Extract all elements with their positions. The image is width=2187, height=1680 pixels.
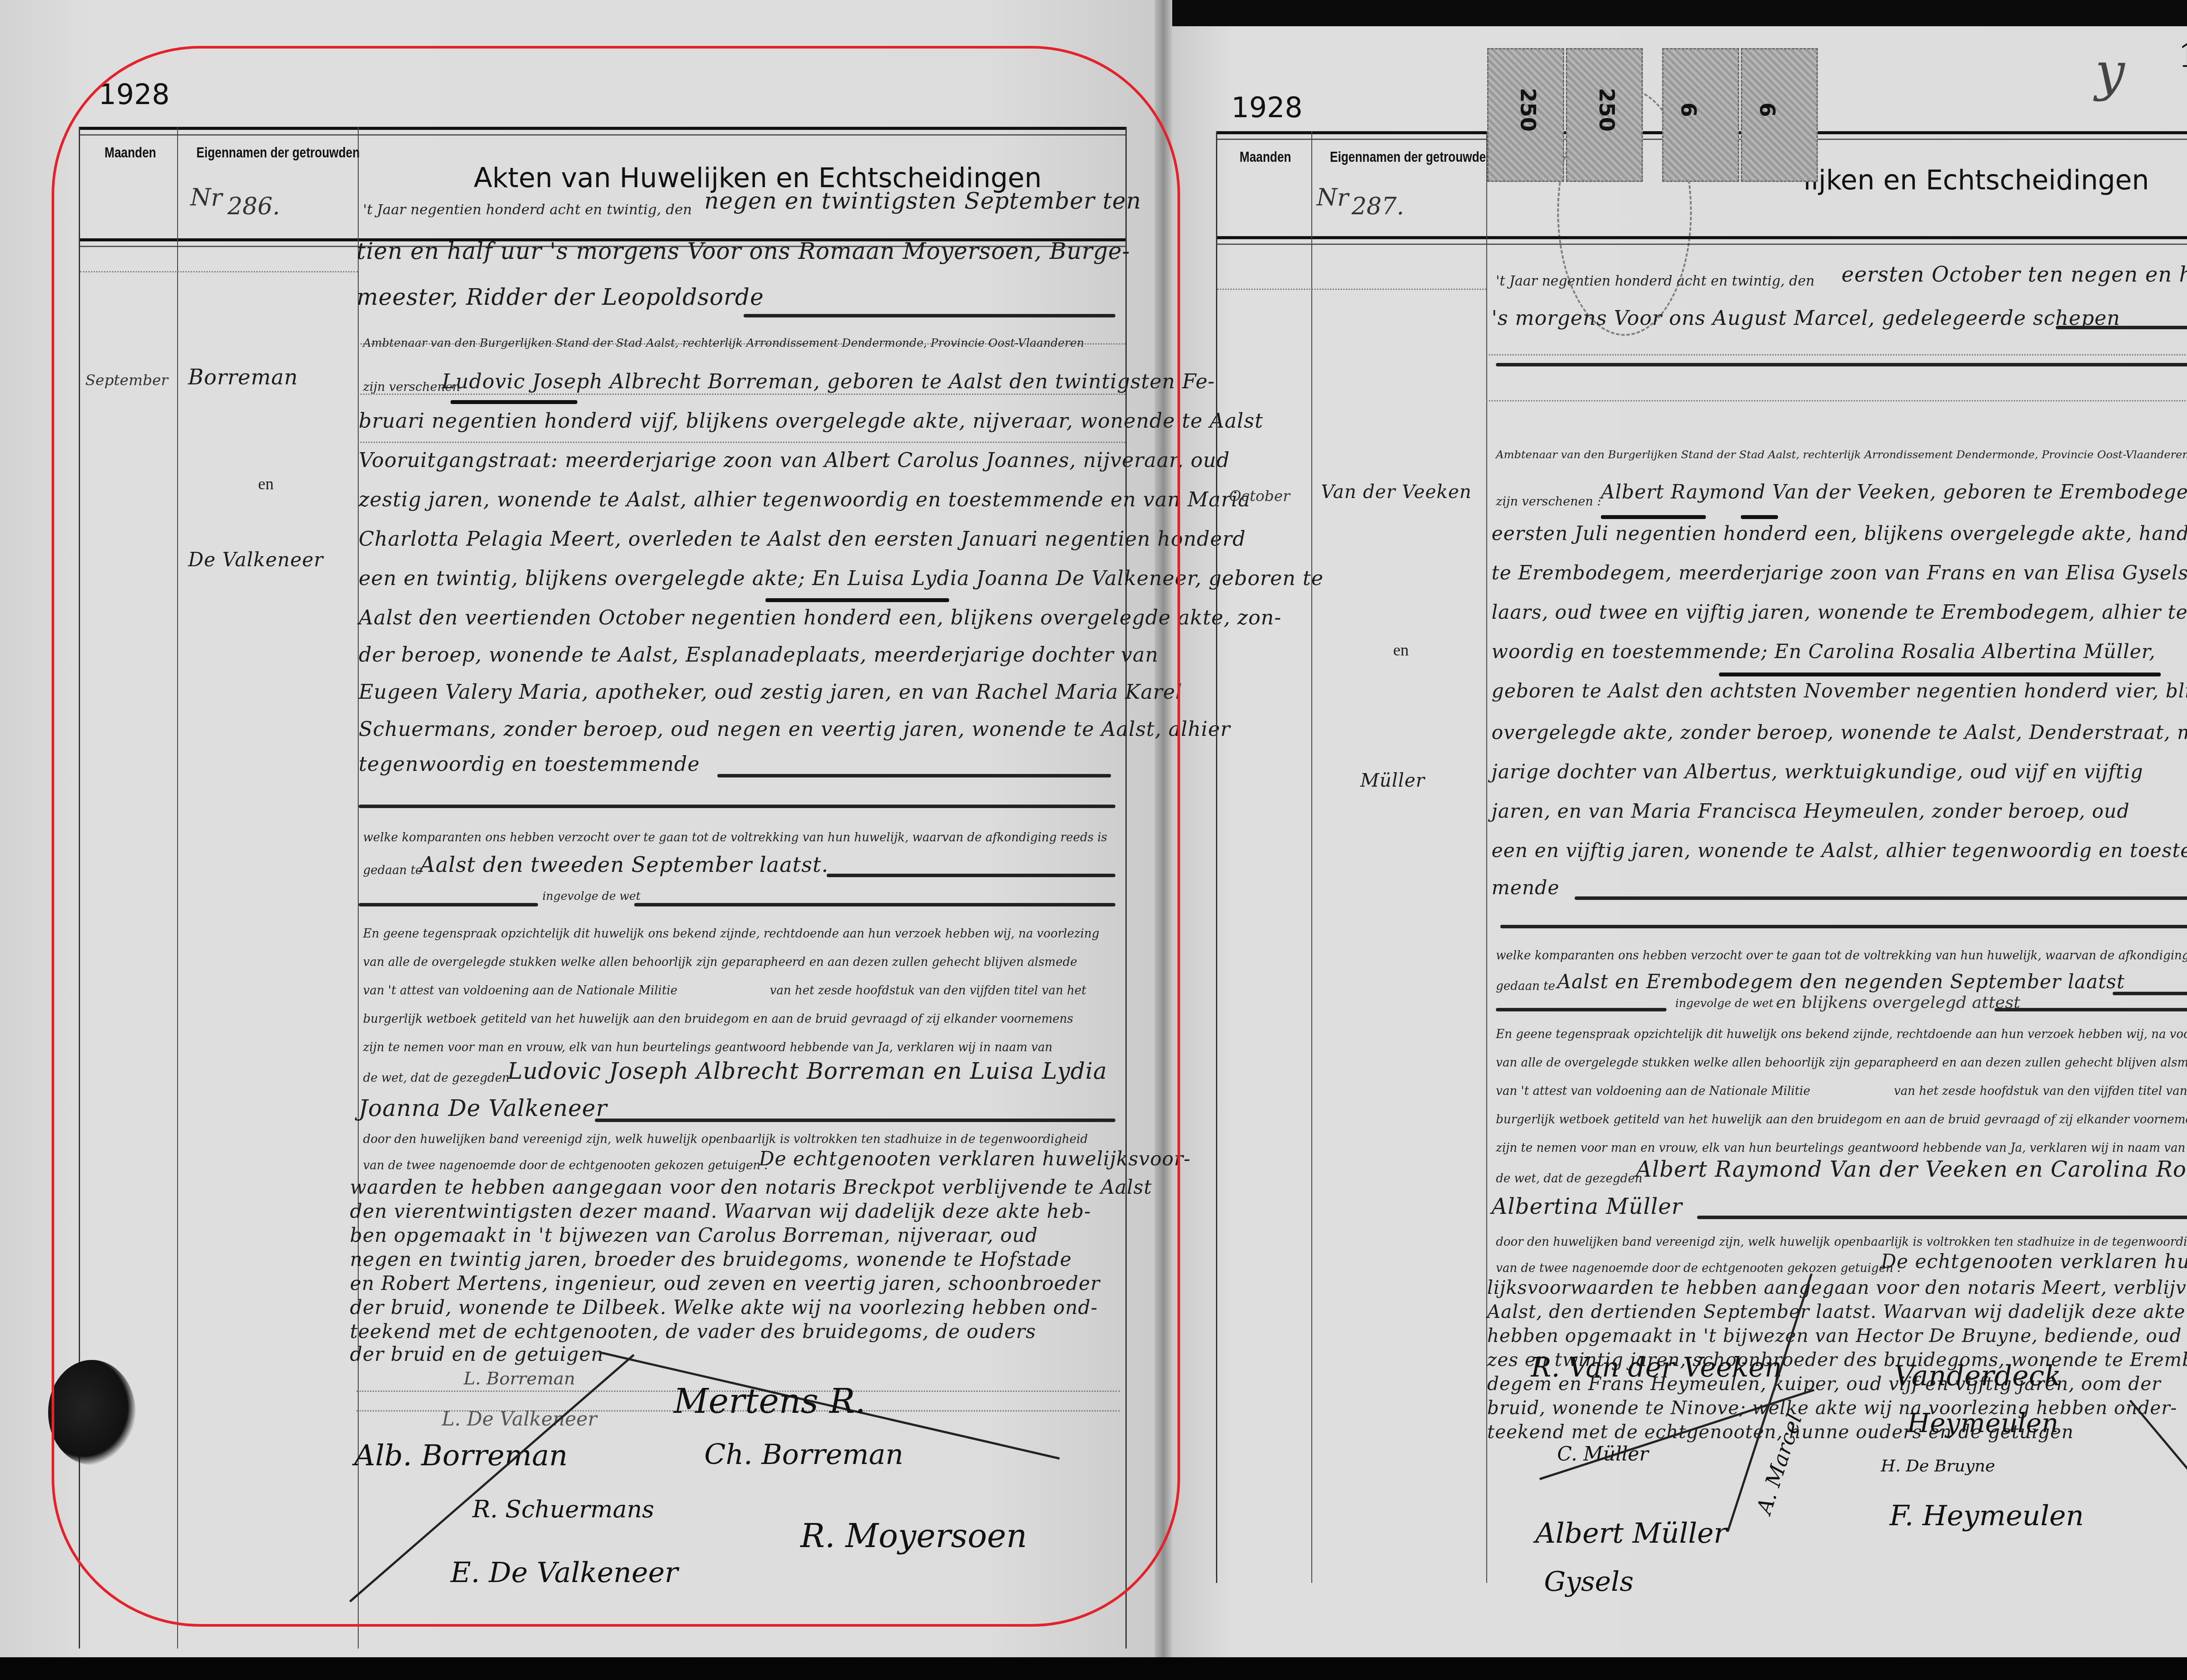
printed-year-intro-right: 't Jaar negentien honderd acht en twinti… xyxy=(1496,273,1814,289)
printed-p6-right: de wet, dat de gezegden xyxy=(1496,1172,1642,1185)
printed-p7-left: door den huwelijken band vereenigd zijn,… xyxy=(363,1133,1088,1146)
signature: Alb. Borreman xyxy=(354,1439,568,1472)
signature: L. Borreman xyxy=(464,1369,575,1389)
printed-p3-left: van 't attest van voldoening aan de Nati… xyxy=(363,984,678,997)
register-year-left: 1928 xyxy=(98,79,170,111)
printed-by-law-left: ingevolge de wet xyxy=(542,890,640,903)
printed-p2-left: van alle de overgelegde stukken welke al… xyxy=(363,955,1077,969)
signature: L. De Valkeneer xyxy=(442,1408,597,1430)
printed-official-right: Ambtenaar van den Burgerlijken Stand der… xyxy=(1496,448,2187,461)
printed-done-at-right: gedaan te xyxy=(1496,979,1555,993)
signature: C. Müller xyxy=(1557,1443,1649,1465)
handwritten-by-law-right: en blijkens overgelegd attest xyxy=(1776,993,2020,1012)
printed-p6-left: de wet, dat de gezegden xyxy=(363,1071,510,1085)
handwritten-date-line1-left: negen en twintigsten September ten xyxy=(704,188,1141,214)
revenue-stamp: 6 xyxy=(1741,48,1818,182)
signature: Ch. Borreman xyxy=(704,1439,904,1471)
signature: R. Moyersoen xyxy=(800,1517,1027,1555)
bride-surname-left: De Valkeneer xyxy=(188,549,324,571)
act-number-prefix-left: Nr xyxy=(190,184,222,211)
signature: Gysels xyxy=(1544,1565,1634,1597)
printed-request-left: welke komparanten ons hebben verzocht ov… xyxy=(363,831,1107,844)
column-header-months: Maanden xyxy=(94,144,167,161)
signature: R. Van der Veeken xyxy=(1531,1351,1782,1383)
handwritten-date-line3-left: meester, Ridder der Leopoldsorde xyxy=(356,284,764,310)
handwritten-date-line1-right: eersten October ten negen en half uur xyxy=(1841,262,2187,287)
signature: H. De Bruyne xyxy=(1881,1456,1995,1475)
signature: R. Schuermans xyxy=(472,1495,654,1523)
printed-p4-right: burgerlijk wetboek getiteld van het huwe… xyxy=(1496,1113,2187,1126)
printed-p3b-left: van het zesde hoofdstuk van den vijfden … xyxy=(770,984,1086,997)
column-header-names: Eigennamen der getrouwden xyxy=(1330,149,1468,166)
handwritten-done-at-left: Aalst den tweeden September laatst. xyxy=(420,853,828,877)
printed-p3-right: van 't attest van voldoening aan de Nati… xyxy=(1496,1084,1810,1098)
wax-seal xyxy=(48,1360,136,1465)
handwritten-spouses-line2-right: Albertina Müller xyxy=(1492,1194,1682,1219)
register-title-partial: lijken en Echtscheidingen xyxy=(1803,164,2149,196)
printed-done-at-left: gedaan te xyxy=(363,864,423,877)
act-number-right: 287. xyxy=(1352,192,1404,220)
revenue-stamp: 250 xyxy=(1566,48,1643,182)
handwritten-done-at-right: Aalst en Erembodegem den negenden Septem… xyxy=(1557,971,2125,993)
en-label-right: en xyxy=(1393,641,1409,660)
printed-appeared-right: zijn verschenen : xyxy=(1496,494,1601,509)
handwritten-date-line2-right: 's morgens Voor ons August Marcel, gedel… xyxy=(1492,306,2120,330)
pen-mark: y xyxy=(2095,42,2125,102)
handwritten-date-line2-left: tien en half uur 's morgens Voor ons Rom… xyxy=(356,238,1130,265)
act-number-left: 286. xyxy=(227,192,280,220)
printed-p4-left: burgerlijk wetboek getiteld van het huwe… xyxy=(363,1012,1073,1026)
month-left: September xyxy=(85,372,168,389)
signature: Mertens R. xyxy=(674,1382,866,1421)
printed-p8-right: van de twee nagenoemde door de echtgenoo… xyxy=(1496,1262,1901,1275)
handwritten-spouses-line2-left: Joanna De Valkeneer xyxy=(359,1095,607,1122)
handwritten-spouses-line1-left: Ludovic Joseph Albrecht Borreman en Luis… xyxy=(507,1058,1107,1084)
printed-p5-right: zijn te nemen voor man en vrouw, elk van… xyxy=(1496,1141,2185,1155)
groom-surname-right: Van der Veeken xyxy=(1321,481,1472,502)
signature: Albert Müller xyxy=(1535,1517,1727,1550)
bride-surname-right: Müller xyxy=(1360,770,1425,791)
month-right: October xyxy=(1229,488,1290,505)
printed-p7-right: door den huwelijken band vereenigd zijn,… xyxy=(1496,1235,2187,1249)
scan-border xyxy=(0,1657,2187,1680)
printed-request-right: welke komparanten ons hebben verzocht ov… xyxy=(1496,949,2187,962)
signature: F. Heymeulen xyxy=(1890,1500,2084,1532)
printed-by-law-right: ingevolge de wet xyxy=(1675,997,1773,1010)
register-year-right: 1928 xyxy=(1231,92,1303,124)
printed-p3b-right: van het zesde hoofdstuk van den vijfden … xyxy=(1894,1084,2187,1098)
signature: Vanderdeck xyxy=(1894,1360,2061,1392)
signature: E. De Valkeneer xyxy=(451,1557,678,1589)
printed-p5-left: zijn te nemen voor man en vrouw, elk van… xyxy=(363,1041,1052,1054)
printed-year-intro-left: 't Jaar negentien honderd acht en twinti… xyxy=(363,201,692,218)
printed-p1-left: En geene tegenspraak opzichtelijk dit hu… xyxy=(363,927,1099,941)
revenue-stamp: 6 xyxy=(1662,48,1739,182)
page-number: 145 xyxy=(2178,37,2187,75)
printed-official-left: Ambtenaar van den Burgerlijken Stand der… xyxy=(363,337,1084,350)
signature: Heymeulen xyxy=(1907,1408,2058,1439)
groom-surname-left: Borreman xyxy=(188,365,298,390)
printed-p8-left: van de twee nagenoemde door de echtgenoo… xyxy=(363,1159,768,1172)
column-header-months: Maanden xyxy=(1229,149,1302,166)
handwritten-spouses-line1-right: Albert Raymond Van der Veeken en Carolin… xyxy=(1636,1157,2187,1182)
revenue-stamp: 250 xyxy=(1487,48,1564,182)
book-spine xyxy=(1155,0,1172,1680)
en-label-left: en xyxy=(258,474,274,494)
act-number-prefix-right: Nr xyxy=(1317,184,1349,211)
ledger-table-left: Maanden Eigennamen der getrouwden Akten … xyxy=(79,127,1127,1649)
printed-p2-right: van alle de overgelegde stukken welke al… xyxy=(1496,1056,2187,1070)
revenue-stamps: 250 250 6 6 xyxy=(1487,48,1815,179)
printed-p1-right: En geene tegenspraak opzichtelijk dit hu… xyxy=(1496,1028,2187,1041)
column-header-names: Eigennamen der getrouwden xyxy=(196,144,340,161)
